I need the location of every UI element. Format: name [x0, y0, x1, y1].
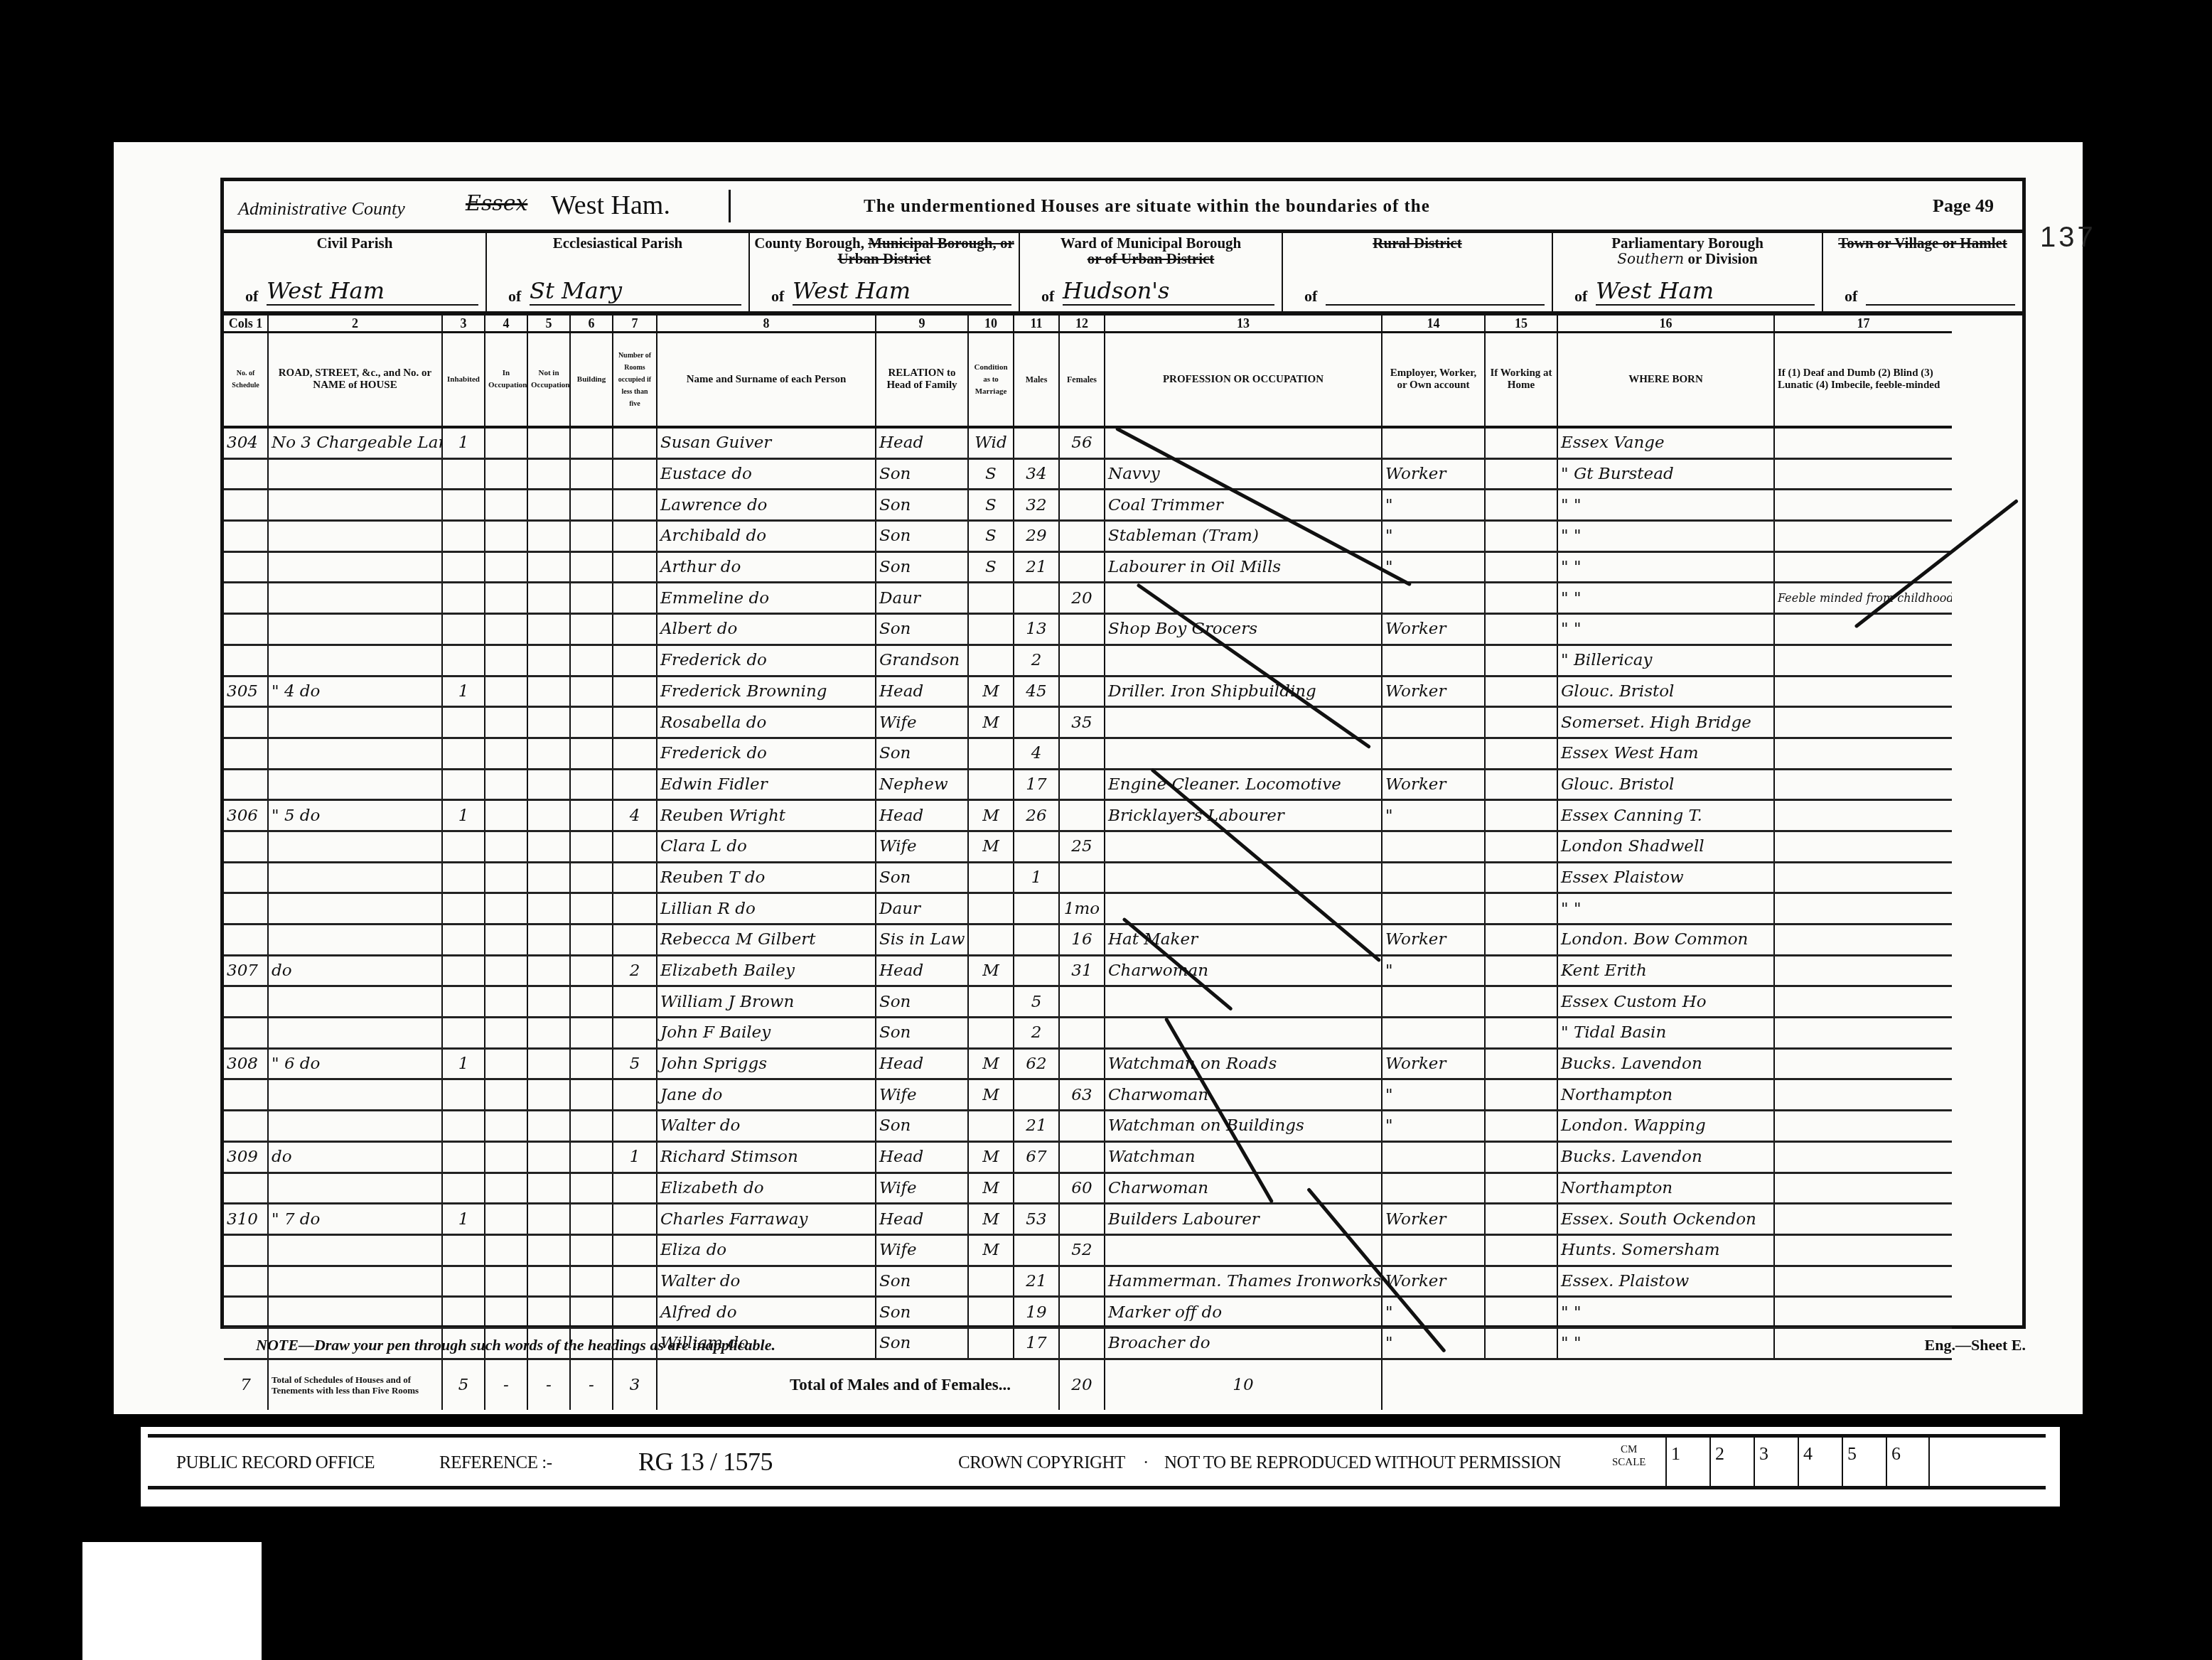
working-at-home-cell — [1485, 583, 1557, 614]
relation-cell: Sis in Law — [876, 925, 968, 956]
address-cell: " 6 do — [268, 1048, 442, 1079]
table-row: 309do1Richard StimsonHeadM67WatchmanBuck… — [224, 1141, 2022, 1173]
infirmity-cell — [1774, 551, 1952, 583]
employment-cell: Worker — [1382, 676, 1485, 707]
header-areas-row: Civil Parish of West Ham Ecclesiastical … — [224, 230, 2022, 316]
folio-number: 137 — [2040, 222, 2096, 254]
relation-cell: Wife — [876, 1079, 968, 1111]
building-cell — [570, 1266, 613, 1297]
occupation-cell: Labourer in Oil Mills — [1105, 551, 1382, 583]
table-row: Frederick doGrandson2" Billericay — [224, 645, 2022, 676]
building-cell — [570, 862, 613, 893]
employment-cell — [1382, 862, 1485, 893]
table-row: 310" 7 do1Charles FarrawayHeadM53Builder… — [224, 1204, 2022, 1235]
age-female: 60 — [1059, 1173, 1105, 1204]
condition-cell: M — [968, 676, 1014, 707]
working-at-home-cell — [1485, 986, 1557, 1018]
inhabited-cell: 1 — [442, 676, 485, 707]
infirmity-cell — [1774, 800, 1952, 831]
inhabited-cell: 1 — [442, 1048, 485, 1079]
not-in-occupation-cell — [527, 551, 570, 583]
employment-cell — [1382, 738, 1485, 769]
rooms-cell — [613, 1111, 657, 1142]
person-name: Alfred do — [657, 1297, 876, 1328]
total-schedules-label: Total of Schedules of Houses and of Tene… — [268, 1359, 442, 1410]
column-numbers: Cols 1 2 3 4 5 6 7 8 9 10 11 12 13 14 15… — [224, 316, 2022, 333]
rooms-cell: 2 — [613, 955, 657, 986]
occupation-cell: Watchman on Buildings — [1105, 1111, 1382, 1142]
relation-cell: Son — [876, 1327, 968, 1359]
person-name: Charles Farraway — [657, 1204, 876, 1235]
inhabited-cell — [442, 521, 485, 552]
building-cell — [570, 1018, 613, 1049]
condition-cell: M — [968, 1234, 1014, 1266]
schedule-number — [224, 738, 268, 769]
relation-cell: Son — [876, 521, 968, 552]
schedule-number — [224, 521, 268, 552]
condition-cell: M — [968, 1173, 1014, 1204]
employment-cell — [1382, 645, 1485, 676]
person-name: Walter do — [657, 1111, 876, 1142]
address-cell — [268, 645, 442, 676]
condition-cell — [968, 738, 1014, 769]
reference-label: REFERENCE :- — [439, 1453, 552, 1473]
table-row: Clara L doWifeM25London Shadwell — [224, 831, 2022, 862]
age-male — [1014, 1234, 1059, 1266]
person-name: William J Brown — [657, 986, 876, 1018]
working-at-home-cell — [1485, 955, 1557, 986]
age-female: 16 — [1059, 925, 1105, 956]
relation-cell: Son — [876, 1266, 968, 1297]
corner-label-blank — [82, 1542, 262, 1660]
building-cell — [570, 1297, 613, 1328]
address-cell — [268, 738, 442, 769]
age-female: 20 — [1059, 583, 1105, 614]
birthplace-cell: Glouc. Bristol — [1557, 769, 1774, 800]
age-male — [1014, 707, 1059, 738]
relation-cell: Head — [876, 1141, 968, 1173]
rooms-cell — [613, 1234, 657, 1266]
working-at-home-cell — [1485, 551, 1557, 583]
age-female — [1059, 458, 1105, 490]
relation-cell: Son — [876, 551, 968, 583]
condition-cell — [968, 1297, 1014, 1328]
condition-cell — [968, 614, 1014, 645]
employment-cell — [1382, 427, 1485, 458]
employment-cell — [1382, 893, 1485, 925]
rooms-cell — [613, 676, 657, 707]
employment-cell: " — [1382, 1111, 1485, 1142]
infirmity-cell — [1774, 1297, 1952, 1328]
condition-cell — [968, 1018, 1014, 1049]
county-borough-value: West Ham — [793, 277, 1011, 306]
birthplace-cell: " " — [1557, 1297, 1774, 1328]
rooms-cell: 1 — [613, 1141, 657, 1173]
birthplace-cell: " Tidal Basin — [1557, 1018, 1774, 1049]
in-occupation-cell — [485, 458, 527, 490]
person-name: Reuben Wright — [657, 800, 876, 831]
infirmity-cell — [1774, 1204, 1952, 1235]
occupation-cell: Watchman on Roads — [1105, 1048, 1382, 1079]
age-female — [1059, 614, 1105, 645]
inhabited-cell: 1 — [442, 427, 485, 458]
schedule-number — [224, 551, 268, 583]
person-name: John Spriggs — [657, 1048, 876, 1079]
relation-cell: Daur — [876, 583, 968, 614]
schedule-number: 305 — [224, 676, 268, 707]
county-borough: County Borough, Municipal Borough, or Ur… — [750, 230, 1020, 311]
inhabited-cell — [442, 955, 485, 986]
rooms-cell — [613, 1266, 657, 1297]
employment-cell — [1382, 583, 1485, 614]
address-cell — [268, 1234, 442, 1266]
not-in-occupation-cell — [527, 614, 570, 645]
occupation-cell: Driller. Iron Shipbuilding — [1105, 676, 1382, 707]
occupation-cell: Watchman — [1105, 1141, 1382, 1173]
building-cell — [570, 893, 613, 925]
occupation-cell: Bricklayers Labourer — [1105, 800, 1382, 831]
infirmity-cell — [1774, 1173, 1952, 1204]
age-female — [1059, 1141, 1105, 1173]
person-name: Emmeline do — [657, 583, 876, 614]
in-occupation-cell — [485, 1173, 527, 1204]
age-female: 52 — [1059, 1234, 1105, 1266]
inhabited-cell — [442, 458, 485, 490]
inhabited-cell — [442, 831, 485, 862]
rooms-cell — [613, 831, 657, 862]
working-at-home-cell — [1485, 800, 1557, 831]
person-name: Arthur do — [657, 551, 876, 583]
age-female: 56 — [1059, 427, 1105, 458]
birthplace-cell: Bucks. Lavendon — [1557, 1141, 1774, 1173]
not-in-occupation-cell — [527, 769, 570, 800]
table-row: Frederick doSon4Essex West Ham — [224, 738, 2022, 769]
not-in-occupation-cell — [527, 862, 570, 893]
table-row: Walter doSon21Watchman on Buildings"Lond… — [224, 1111, 2022, 1142]
inhabited-cell — [442, 490, 485, 521]
age-female — [1059, 1297, 1105, 1328]
occupation-cell: Shop Boy Grocers — [1105, 614, 1382, 645]
age-male — [1014, 955, 1059, 986]
condition-cell: M — [968, 1141, 1014, 1173]
archive-reference-strip: PUBLIC RECORD OFFICE REFERENCE :- RG 13 … — [141, 1427, 2060, 1507]
rooms-cell — [613, 645, 657, 676]
person-name: Archibald do — [657, 521, 876, 552]
census-form: Administrative County Essex West Ham. Th… — [220, 178, 2026, 1329]
in-occupation-cell — [485, 1266, 527, 1297]
relation-cell: Daur — [876, 893, 968, 925]
sheet-id: Eng.—Sheet E. — [1925, 1336, 2026, 1354]
in-occupation-cell — [485, 645, 527, 676]
not-in-occupation-cell — [527, 583, 570, 614]
birthplace-cell: Essex Canning T. — [1557, 800, 1774, 831]
infirmity-cell — [1774, 1141, 1952, 1173]
undermentioned-heading: The undermentioned Houses are situate wi… — [864, 197, 1430, 217]
total-not-in-occupation: - — [527, 1359, 570, 1410]
not-in-occupation-cell — [527, 955, 570, 986]
schedule-number — [224, 1111, 268, 1142]
relation-cell: Head — [876, 955, 968, 986]
infirmity-cell — [1774, 645, 1952, 676]
employment-cell — [1382, 707, 1485, 738]
address-cell — [268, 986, 442, 1018]
birthplace-cell: Essex West Ham — [1557, 738, 1774, 769]
table-row: Alfred doSon19Marker off do"" " — [224, 1297, 2022, 1328]
person-name: Eustace do — [657, 458, 876, 490]
occupation-cell — [1105, 1234, 1382, 1266]
employment-cell — [1382, 1018, 1485, 1049]
rural-district-value — [1326, 304, 1545, 306]
infirmity-cell — [1774, 925, 1952, 956]
condition-cell — [968, 893, 1014, 925]
inhabited-cell — [442, 769, 485, 800]
person-name: Rebecca M Gilbert — [657, 925, 876, 956]
address-cell — [268, 614, 442, 645]
age-female — [1059, 800, 1105, 831]
rooms-cell — [613, 986, 657, 1018]
employment-cell: " — [1382, 1079, 1485, 1111]
totals-row: 7Total of Schedules of Houses and of Ten… — [224, 1359, 2022, 1410]
condition-cell — [968, 862, 1014, 893]
age-male — [1014, 1173, 1059, 1204]
birthplace-cell: " " — [1557, 551, 1774, 583]
in-occupation-cell — [485, 1234, 527, 1266]
employment-cell: " — [1382, 955, 1485, 986]
inhabited-cell — [442, 614, 485, 645]
not-in-occupation-cell — [527, 1079, 570, 1111]
condition-cell — [968, 645, 1014, 676]
permission-label: NOT TO BE REPRODUCED WITHOUT PERMISSION — [1164, 1453, 1561, 1473]
age-male — [1014, 1079, 1059, 1111]
working-at-home-cell — [1485, 521, 1557, 552]
total-building: - — [570, 1359, 613, 1410]
not-in-occupation-cell — [527, 1141, 570, 1173]
age-male: 29 — [1014, 521, 1059, 552]
person-name: Albert do — [657, 614, 876, 645]
inhabited-cell — [442, 1141, 485, 1173]
employment-cell — [1382, 831, 1485, 862]
working-at-home-cell — [1485, 831, 1557, 862]
address-cell — [268, 831, 442, 862]
table-row: Elizabeth doWifeM60CharwomanNorthampton — [224, 1173, 2022, 1204]
cm-scale-label: CMSCALE — [1612, 1443, 1646, 1469]
in-occupation-cell — [485, 831, 527, 862]
working-at-home-cell — [1485, 676, 1557, 707]
in-occupation-cell — [485, 427, 527, 458]
age-male: 2 — [1014, 1018, 1059, 1049]
occupation-cell — [1105, 862, 1382, 893]
occupation-cell — [1105, 1018, 1382, 1049]
working-at-home-cell — [1485, 645, 1557, 676]
infirmity-cell — [1774, 427, 1952, 458]
in-occupation-cell — [485, 925, 527, 956]
person-name: Richard Stimson — [657, 1141, 876, 1173]
inhabited-cell — [442, 551, 485, 583]
birthplace-cell: Bucks. Lavendon — [1557, 1048, 1774, 1079]
in-occupation-cell — [485, 1297, 527, 1328]
person-name: Susan Guiver — [657, 427, 876, 458]
age-female — [1059, 769, 1105, 800]
inhabited-cell — [442, 1266, 485, 1297]
age-male — [1014, 831, 1059, 862]
building-cell — [570, 955, 613, 986]
address-cell — [268, 521, 442, 552]
not-in-occupation-cell — [527, 1266, 570, 1297]
address-cell — [268, 458, 442, 490]
header-top-row: Administrative County Essex West Ham. Th… — [224, 181, 2022, 233]
age-male — [1014, 583, 1059, 614]
infirmity-cell — [1774, 521, 1952, 552]
in-occupation-cell — [485, 893, 527, 925]
table-row: Emmeline doDaur20" "Feeble minded from c… — [224, 583, 2022, 614]
not-in-occupation-cell — [527, 707, 570, 738]
office-label: PUBLIC RECORD OFFICE — [176, 1453, 375, 1473]
building-cell — [570, 1048, 613, 1079]
address-cell: " 4 do — [268, 676, 442, 707]
birthplace-cell: " " — [1557, 583, 1774, 614]
birthplace-cell: Somerset. High Bridge — [1557, 707, 1774, 738]
in-occupation-cell — [485, 1141, 527, 1173]
inhabited-cell — [442, 986, 485, 1018]
table-row: Rebecca M GilbertSis in Law16Hat MakerWo… — [224, 925, 2022, 956]
address-cell — [268, 1173, 442, 1204]
age-female — [1059, 1204, 1105, 1235]
admin-county-value: West Ham. — [551, 190, 670, 221]
total-rooms: 3 — [613, 1359, 657, 1410]
in-occupation-cell — [485, 986, 527, 1018]
building-cell — [570, 551, 613, 583]
relation-cell: Head — [876, 676, 968, 707]
rooms-cell — [613, 521, 657, 552]
building-cell — [570, 738, 613, 769]
schedule-number — [224, 1079, 268, 1111]
age-male: 1 — [1014, 862, 1059, 893]
inhabited-cell: 1 — [442, 1204, 485, 1235]
not-in-occupation-cell — [527, 738, 570, 769]
inhabited-cell — [442, 862, 485, 893]
table-row: Reuben T doSon1Essex Plaistow — [224, 862, 2022, 893]
rooms-cell — [613, 1204, 657, 1235]
birthplace-cell: Essex. Plaistow — [1557, 1266, 1774, 1297]
employment-cell: " — [1382, 800, 1485, 831]
not-in-occupation-cell — [527, 427, 570, 458]
employment-cell: Worker — [1382, 458, 1485, 490]
employment-cell: " — [1382, 490, 1485, 521]
parliamentary-borough: Parliamentary BoroughSouthern or Divisio… — [1553, 230, 1823, 311]
relation-cell: Head — [876, 1204, 968, 1235]
employment-cell: Worker — [1382, 769, 1485, 800]
building-cell — [570, 1234, 613, 1266]
rooms-cell — [613, 458, 657, 490]
age-male: 17 — [1014, 769, 1059, 800]
building-cell — [570, 583, 613, 614]
occupation-cell: Charwoman — [1105, 955, 1382, 986]
person-name: Reuben T do — [657, 862, 876, 893]
building-cell — [570, 614, 613, 645]
working-at-home-cell — [1485, 1048, 1557, 1079]
age-male — [1014, 925, 1059, 956]
condition-cell: S — [968, 458, 1014, 490]
occupation-cell — [1105, 986, 1382, 1018]
condition-cell: S — [968, 490, 1014, 521]
condition-cell: M — [968, 831, 1014, 862]
relation-cell: Head — [876, 800, 968, 831]
working-at-home-cell — [1485, 1111, 1557, 1142]
birthplace-cell: Essex. South Ockendon — [1557, 1204, 1774, 1235]
relation-cell: Wife — [876, 831, 968, 862]
birthplace-cell: London Shadwell — [1557, 831, 1774, 862]
address-cell: do — [268, 1141, 442, 1173]
infirmity-cell — [1774, 458, 1952, 490]
in-occupation-cell — [485, 490, 527, 521]
working-at-home-cell — [1485, 1204, 1557, 1235]
schedule-number — [224, 986, 268, 1018]
rooms-cell: 4 — [613, 800, 657, 831]
age-male — [1014, 427, 1059, 458]
infirmity-cell — [1774, 986, 1952, 1018]
schedule-number — [224, 769, 268, 800]
town-value — [1866, 304, 2015, 306]
relation-cell: Head — [876, 1048, 968, 1079]
in-occupation-cell — [485, 955, 527, 986]
building-cell — [570, 645, 613, 676]
inhabited-cell — [442, 583, 485, 614]
total-in-occupation: - — [485, 1359, 527, 1410]
age-female: 63 — [1059, 1079, 1105, 1111]
building-cell — [570, 831, 613, 862]
age-female — [1059, 645, 1105, 676]
schedule-number — [224, 925, 268, 956]
building-cell — [570, 800, 613, 831]
inhabited-cell — [442, 925, 485, 956]
inhabited-cell — [442, 1173, 485, 1204]
schedule-number: 304 — [224, 427, 268, 458]
birthplace-cell: Essex Custom Ho — [1557, 986, 1774, 1018]
table-row: 307do2Elizabeth BaileyHeadM31Charwoman"K… — [224, 955, 2022, 986]
age-male: 67 — [1014, 1141, 1059, 1173]
age-male: 62 — [1014, 1048, 1059, 1079]
table-row: Eustace doSonS34NavvyWorker" Gt Burstead — [224, 458, 2022, 490]
admin-county-struck: Essex — [466, 191, 527, 216]
in-occupation-cell — [485, 738, 527, 769]
working-at-home-cell — [1485, 427, 1557, 458]
reference-value: RG 13 / 1575 — [638, 1447, 773, 1477]
working-at-home-cell — [1485, 1297, 1557, 1328]
relation-cell: Son — [876, 458, 968, 490]
age-female — [1059, 1111, 1105, 1142]
age-female — [1059, 862, 1105, 893]
in-occupation-cell — [485, 551, 527, 583]
employment-cell: " — [1382, 521, 1485, 552]
infirmity-cell — [1774, 893, 1952, 925]
address-cell — [268, 1079, 442, 1111]
admin-county-label: Administrative County — [238, 198, 405, 220]
schedule-number: 307 — [224, 955, 268, 986]
not-in-occupation-cell — [527, 1048, 570, 1079]
age-male: 45 — [1014, 676, 1059, 707]
ward: Ward of Municipal Boroughor of Urban Dis… — [1020, 230, 1283, 311]
not-in-occupation-cell — [527, 1173, 570, 1204]
condition-cell — [968, 1266, 1014, 1297]
working-at-home-cell — [1485, 1141, 1557, 1173]
relation-cell: Wife — [876, 707, 968, 738]
schedule-number: 310 — [224, 1204, 268, 1235]
birthplace-cell: Glouc. Bristol — [1557, 676, 1774, 707]
not-in-occupation-cell — [527, 1111, 570, 1142]
in-occupation-cell — [485, 769, 527, 800]
infirmity-cell — [1774, 769, 1952, 800]
age-female: 1mo — [1059, 893, 1105, 925]
